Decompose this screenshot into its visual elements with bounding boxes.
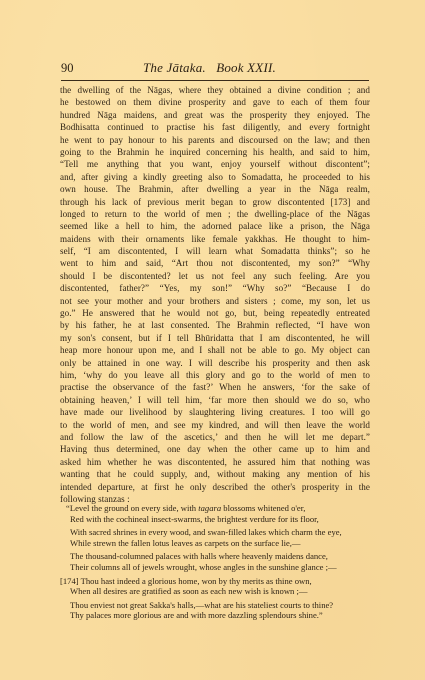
- prose-line: the dwelling of the Nāgas, where they ob…: [60, 84, 370, 96]
- prose-line: maidens with their ornaments like female…: [60, 233, 370, 245]
- prose-body: the dwelling of the Nāgas, where they ob…: [60, 84, 370, 505]
- verse-text: The thousand-columned palaces with halls…: [70, 551, 328, 561]
- prose-line: and follow the law of the ascetics,’ and…: [60, 431, 370, 443]
- verse-line: Thy palaces more glorious are and with m…: [60, 610, 380, 621]
- prose-line: go.” He answered that he would not go, b…: [60, 307, 370, 319]
- verse-text: Their columns all of jewels wrought, who…: [70, 562, 337, 572]
- prose-line: intended departure, at first he only des…: [60, 481, 370, 493]
- prose-line: seemed like a hell to him, the adorned p…: [60, 220, 370, 232]
- prose-line: hundred Nāga maidens, and great was the …: [60, 109, 370, 121]
- verse-text: Red with the cochineal insect-swarms, th…: [70, 514, 319, 524]
- verse-text: [174] Thou hast indeed a glorious home, …: [60, 576, 312, 586]
- prose-line: wanting that he could supply, and, witho…: [60, 468, 370, 480]
- running-head: 90 The Jātaka. Book XXII.: [61, 60, 369, 76]
- header-rule: [61, 80, 369, 81]
- verse-line: Red with the cochineal insect-swarms, th…: [60, 514, 380, 525]
- verse-text: Thy palaces more glorious are and with m…: [70, 610, 323, 620]
- stanza: With sacred shrines in every wood, and s…: [60, 527, 380, 548]
- prose-line: not see your mother and your brothers an…: [60, 295, 370, 307]
- verse-line: While strewn the fallen lotus leaves as …: [60, 538, 380, 549]
- prose-line: went to him and said, “Art thou not disc…: [60, 257, 370, 269]
- prose-line: he went to pay honour to his parents and…: [60, 134, 370, 146]
- prose-line: longed to return to the world of men ; t…: [60, 208, 370, 220]
- verse-text: “Level the ground on every side, with: [66, 503, 198, 513]
- verse-line: With sacred shrines in every wood, and s…: [60, 527, 380, 538]
- verse-line: [174] Thou hast indeed a glorious home, …: [60, 576, 380, 587]
- prose-line: by his father, he at last consented. The…: [60, 319, 370, 331]
- verse-line: When all desires are gratified as soon a…: [60, 586, 380, 597]
- verse-line: Their columns all of jewels wrought, who…: [60, 562, 380, 573]
- verse-text: While strewn the fallen lotus leaves as …: [70, 538, 301, 548]
- prose-line: to the world of men, and see my kindred,…: [60, 419, 370, 431]
- prose-line: Bodhisatta continued to practise his fas…: [60, 121, 370, 133]
- prose-line: discontented, father?” “Yes, my son!” “W…: [60, 282, 370, 294]
- verse-text: When all desires are gratified as soon a…: [70, 586, 307, 596]
- page-number: 90: [61, 60, 74, 76]
- verse-line: “Level the ground on every side, with ta…: [60, 503, 380, 514]
- prose-line: own house. The Brahmin, after dwelling a…: [60, 183, 370, 195]
- prose-line: asked him whether he was discontented, h…: [60, 456, 370, 468]
- prose-line: going to the Brahmin he inquired concern…: [60, 146, 370, 158]
- verse-text: Thou enviest not great Sakka's halls,—wh…: [70, 600, 333, 610]
- prose-line: and, after giving a kindly greeting also…: [60, 171, 370, 183]
- verse-italic-term: tagara: [198, 503, 221, 513]
- prose-line: my son's consent, but if I tell Bhūridat…: [60, 332, 370, 344]
- prose-line: him, ‘why do you leave all this glory an…: [60, 369, 370, 381]
- prose-line: should I be discontented? let us not fee…: [60, 270, 370, 282]
- prose-line: practise the observance of the fast?’ Wh…: [60, 381, 370, 393]
- stanza: The thousand-columned palaces with halls…: [60, 551, 380, 572]
- prose-line: he bestowed on them divine prosperity an…: [60, 96, 370, 108]
- prose-line: only be attained in one way. I will desc…: [60, 357, 370, 369]
- stanza: Thou enviest not great Sakka's halls,—wh…: [60, 600, 380, 621]
- prose-line: obtaining heaven,’ I will tell him, ‘far…: [60, 394, 370, 406]
- verse-block: “Level the ground on every side, with ta…: [60, 503, 380, 624]
- prose-line: through his lack of previous merit began…: [60, 196, 370, 208]
- prose-line: self, “I am discontented, I will learn w…: [60, 245, 370, 257]
- prose-line: “Tell me anything that you want, enjoy y…: [60, 158, 370, 170]
- verse-line: Thou enviest not great Sakka's halls,—wh…: [60, 600, 380, 611]
- prose-line: have made our livelihood by slaughtering…: [60, 406, 370, 418]
- prose-line: heap more honour upon me, and I shall no…: [60, 344, 370, 356]
- stanza: “Level the ground on every side, with ta…: [60, 503, 380, 524]
- prose-line: Having thus determined, one day when the…: [60, 443, 370, 455]
- running-title: The Jātaka. Book XXII.: [143, 60, 276, 76]
- verse-line: The thousand-columned palaces with halls…: [60, 551, 380, 562]
- verse-text: blossoms whitened o'er,: [221, 503, 305, 513]
- stanza: [174] Thou hast indeed a glorious home, …: [60, 576, 380, 597]
- verse-text: With sacred shrines in every wood, and s…: [70, 527, 342, 537]
